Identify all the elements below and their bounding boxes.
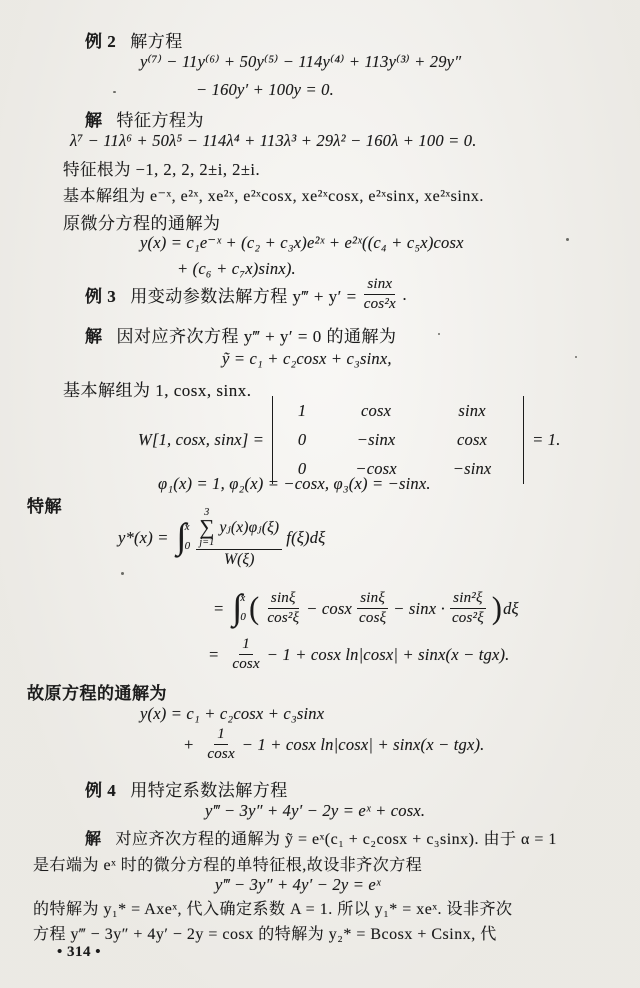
solution-text: 因对应齐次方程 y‴ + y′ = 0 的通解为 (117, 327, 397, 346)
matrix-cell: −sinx (433, 459, 511, 479)
example4-equation: y‴ − 3y″ + 4y′ − 2y = eˣ + cosx. (205, 801, 425, 821)
phi-functions: φ₁(x) = 1, φ₂(x) = −cosx, φ₃(x) = −sinx. (158, 474, 431, 494)
fraction-denominator: cos²x (361, 295, 399, 313)
scan-speck (566, 238, 569, 241)
derivation-line3: = 1 cosx − 1 + cosx ln|cosx| + sinx(x − … (208, 636, 510, 674)
conclusion-label: 故原方程的通解为 (27, 679, 167, 704)
example2-label: 例 2 (85, 32, 116, 51)
example4-heading-text: 用特定系数法解方程 (130, 781, 288, 800)
wronskian-matrix: 1 cosx sinx 0 −sinx cosx 0 −cosx −sinx (272, 396, 524, 484)
example2-solution-heading: 解特征方程为 (85, 106, 204, 131)
integrand-tail: f(ξ)dξ (286, 528, 325, 548)
fraction-one-over-cosx: 1 cosx (204, 726, 237, 764)
wronskian-xi: W(ξ) (221, 550, 258, 569)
result-tail: − 1 + cosx ln|cosx| + sinx(x − tgx). (267, 645, 510, 665)
scanned-textbook-page: 例 2解方程 y⁽⁷⁾ − 11y⁽⁶⁾ + 50y⁽⁵⁾ − 114y⁽⁴⁾ … (0, 0, 640, 988)
particular-solution-formula: y*(x) = ∫ x 0 3 ∑ j=1 yⱼ(x)φⱼ(ξ) W(ξ) f(… (118, 508, 325, 569)
middle-term-1: − cosx (306, 599, 352, 619)
scan-speck (438, 333, 440, 335)
fraction-denominator: cosx (204, 745, 237, 763)
scan-speck (575, 356, 577, 358)
fraction-numerator: sinx (364, 276, 395, 295)
example2-heading: 例 2解方程 (85, 27, 183, 52)
derivation-line2: = ∫ x 0 ( sinξ cos²ξ − cosx sinξ cosξ − … (213, 590, 519, 628)
scan-speck (121, 572, 124, 575)
page-number: • 314 • (57, 944, 101, 961)
fraction-one-over-cosx: 1 cosx (229, 636, 262, 674)
sum-glyph: ∑ (199, 518, 214, 538)
open-paren: ( (249, 593, 259, 625)
fraction-denominator: cos²ξ (449, 609, 487, 627)
particular-solution-label: 特解 (27, 492, 62, 517)
solution-text: 对应齐次方程的通解为 ỹ = eˣ(c₁ + c₂cosx + c₃sinx).… (116, 831, 557, 848)
example4-solution-line3: 的特解为 y₁* = Axeˣ, 代入确定系数 A = 1. 所以 y₁* = … (33, 896, 513, 919)
example4-solution-line2: 是右端为 eˣ 时的微分方程的单特征根,故设非齐次方程 (33, 852, 422, 875)
fraction-numerator: 1 (239, 636, 253, 655)
fraction-numerator: sinξ (357, 590, 388, 609)
wronskian-rhs: = 1. (532, 430, 560, 450)
matrix-cell: cosx (433, 430, 511, 450)
sum-lower-limit: j=1 (199, 538, 214, 548)
ystar-lhs: y*(x) = (118, 528, 169, 548)
solution-label: 解 (85, 327, 103, 346)
characteristic-roots: 特征根为 −1, 2, 2, 2±i, 2±i. (63, 156, 260, 180)
integral-glyph: ∫ (232, 589, 242, 625)
example3-heading-text: 用变动参数法解方程 y‴ + y′ = (130, 282, 356, 307)
conclusion-tail: − 1 + cosx ln|cosx| + sinx(x − tgx). (242, 735, 485, 755)
matrix-cell: sinx (433, 401, 511, 421)
integral-sign: ∫ x 0 (177, 520, 191, 556)
rhs-fraction: sinx cos²x (361, 276, 399, 314)
wronskian-lhs: W[1, cosx, sinx] = (138, 430, 264, 450)
characteristic-equation: λ⁷ − 11λ⁶ + 50λ⁵ − 114λ⁴ + 113λ³ + 29λ² … (70, 131, 477, 151)
wronskian-equation: W[1, cosx, sinx] = 1 cosx sinx 0 −sinx c… (138, 396, 561, 484)
scan-speck (113, 91, 116, 93)
integral-glyph: ∫ (177, 518, 187, 554)
homogeneous-solution: ỹ = c₁ + c₂cosx + c₃sinx, (222, 349, 392, 369)
matrix-cell: 0 (285, 430, 319, 450)
fraction-denominator: cosx (229, 655, 262, 673)
fraction-3: sin²ξ cos²ξ (449, 590, 487, 628)
example3-heading: 例 3 用变动参数法解方程 y‴ + y′ = sinx cos²x . (85, 276, 407, 314)
equals-sign: = (208, 645, 219, 665)
integral-sign: ∫ x 0 (232, 591, 246, 627)
sum-body: yⱼ(x)φⱼ(ξ) (219, 519, 279, 537)
example4-heading: 例 4用特定系数法解方程 (85, 776, 288, 801)
matrix-cell: −sinx (333, 430, 419, 450)
solution-label: 解 (85, 831, 102, 848)
general-solution-label: 原微分方程的通解为 (63, 209, 221, 234)
fraction-numerator: 1 (214, 726, 228, 745)
example2-heading-text: 解方程 (130, 32, 183, 51)
matrix-cell: cosx (333, 401, 419, 421)
fraction-numerator: sinξ (268, 590, 299, 609)
middle-term-2: − sinx · (393, 599, 445, 619)
example4-solution-line1: 解对应齐次方程的通解为 ỹ = eˣ(c₁ + c₂cosx + c₃sinx)… (85, 826, 557, 849)
example4-solution-line4: 方程 y‴ − 3y″ + 4y′ − 2y = cosx 的特解为 y₂* =… (33, 921, 497, 944)
equals-sign: = (213, 599, 224, 619)
fraction-numerator: sin²ξ (450, 590, 485, 609)
example4-sub-equation: y‴ − 3y″ + 4y′ − 2y = eˣ (215, 875, 381, 895)
example2-equation-line1: y⁽⁷⁾ − 11y⁽⁶⁾ + 50y⁽⁵⁾ − 114y⁽⁴⁾ + 113y⁽… (140, 52, 461, 72)
differential: dξ (503, 599, 519, 619)
close-paren: ) (492, 593, 502, 625)
plus-sign: + (183, 735, 194, 755)
solution-text: 特征方程为 (117, 111, 205, 130)
general-solution-line1: y(x) = c₁e⁻ˣ + (c₂ + c₃x)e²ˣ + e²ˣ((c₄ +… (140, 233, 464, 253)
sum-over-wronskian-fraction: 3 ∑ j=1 yⱼ(x)φⱼ(ξ) W(ξ) (196, 508, 282, 569)
example3-label: 例 3 (85, 282, 116, 307)
fundamental-set: 基本解组为 e⁻ˣ, e²ˣ, xe²ˣ, e²ˣcosx, xe²ˣcosx,… (63, 183, 484, 206)
fraction-2: sinξ cosξ (356, 590, 389, 628)
fraction-1: sinξ cos²ξ (264, 590, 302, 628)
example3-solution-heading: 解因对应齐次方程 y‴ + y′ = 0 的通解为 (85, 322, 396, 347)
fraction-denominator: cos²ξ (264, 609, 302, 627)
example2-equation-line2: − 160y′ + 100y = 0. (196, 80, 334, 100)
conclusion-line1: y(x) = c₁ + c₂cosx + c₃sinx (140, 704, 324, 724)
example4-label: 例 4 (85, 781, 116, 800)
summation-sign: 3 ∑ j=1 (199, 508, 214, 548)
heading-period: . (403, 285, 407, 305)
matrix-cell: 1 (285, 401, 319, 421)
fraction-denominator: cosξ (356, 609, 389, 627)
conclusion-line2: + 1 cosx − 1 + cosx ln|cosx| + sinx(x − … (183, 726, 485, 764)
solution-label: 解 (85, 111, 103, 130)
